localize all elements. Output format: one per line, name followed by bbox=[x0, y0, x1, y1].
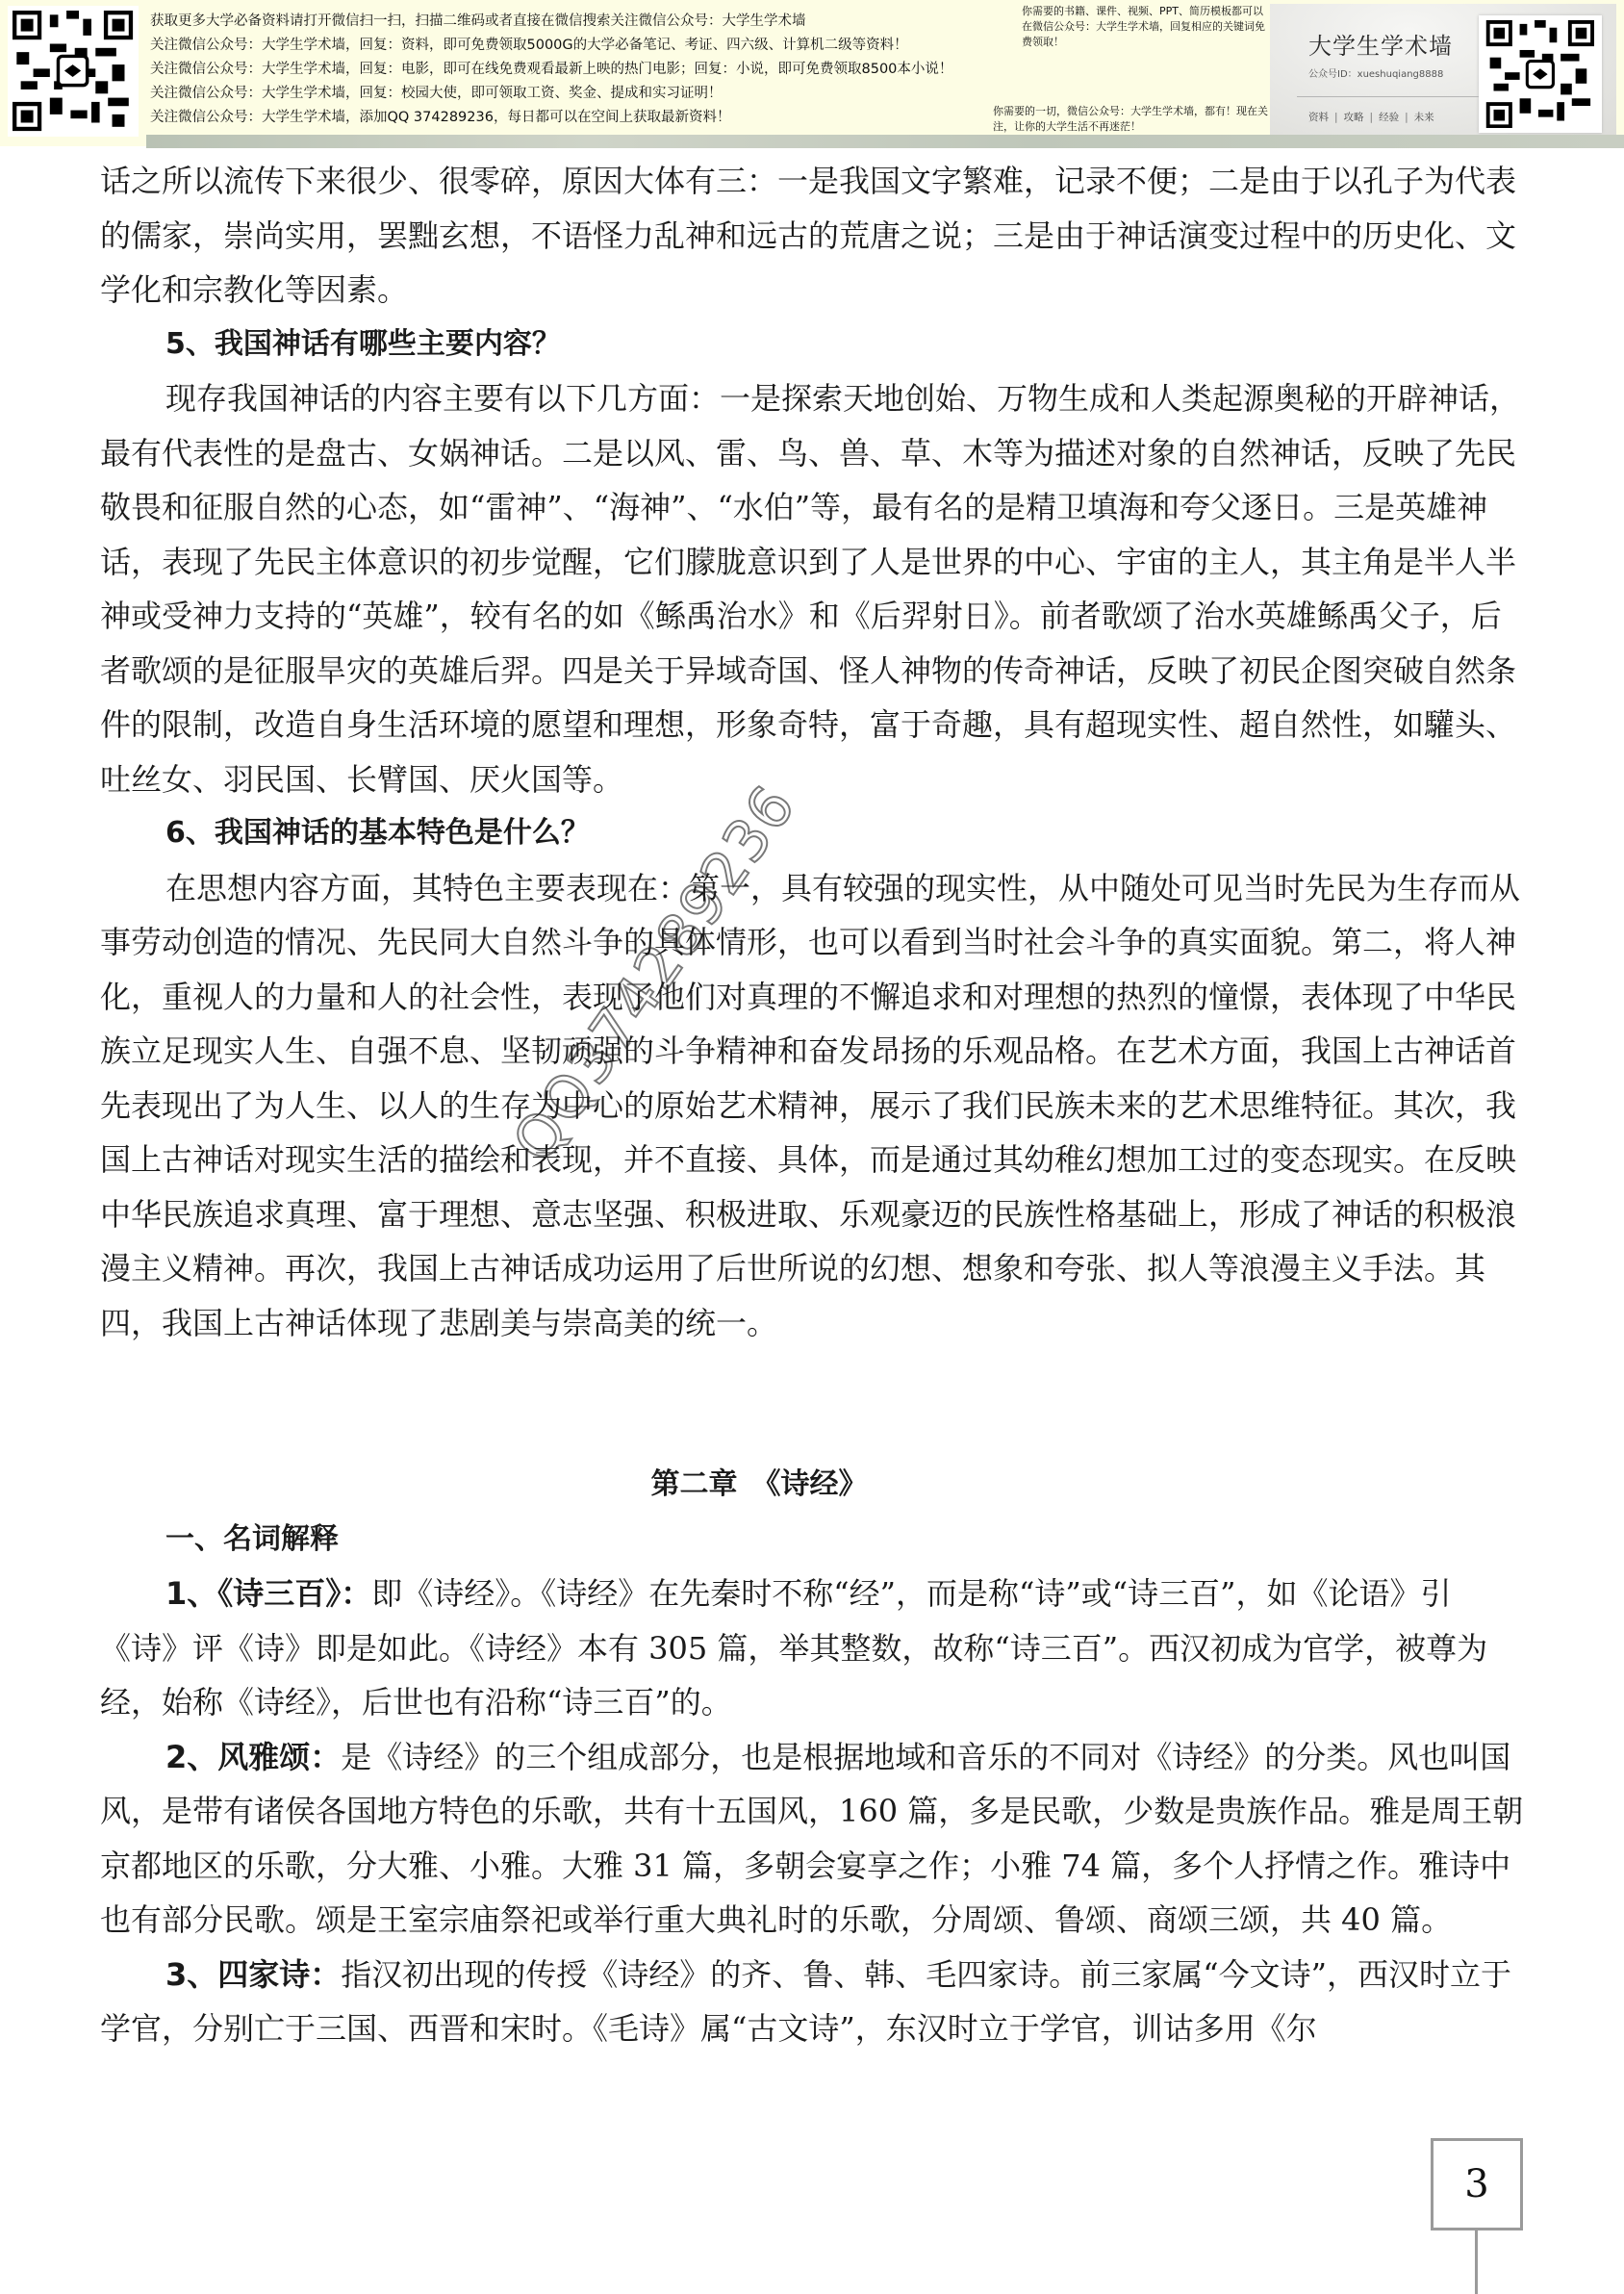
term-label: 3、四家诗： bbox=[165, 1956, 341, 1993]
promo-account-id: 公众号ID：xueshuqiang8888 bbox=[1308, 65, 1443, 80]
spacer bbox=[100, 1350, 1524, 1404]
ad-line: 关注微信公众号：大学生学术墙，回复：校园大使，即可领取工资、奖金、提成和实习证明… bbox=[150, 82, 997, 106]
page-number: 3 bbox=[1431, 2138, 1523, 2230]
promo-links: 资料|攻略|经验|未来 bbox=[1308, 110, 1434, 124]
ad-side-note-bottom: 你需要的一切，微信公众号：大学生学术墙，都有！现在关注，让你的大学生活不再迷茫！ bbox=[993, 104, 1272, 135]
separator: | bbox=[1334, 112, 1338, 123]
separator: | bbox=[1405, 112, 1408, 123]
term-label: 1、《诗三百》： bbox=[165, 1575, 371, 1612]
divider bbox=[1297, 96, 1480, 97]
term-entry: 1、《诗三百》：即《诗经》。《诗经》在先秦时不称“经”，而是称“诗”或“诗三百”… bbox=[100, 1567, 1524, 1730]
separator: | bbox=[1370, 112, 1374, 123]
paragraph: 话之所以流传下来很少、很零碎，原因大体有三：一是我国文字繁难，记录不便；二是由于… bbox=[100, 154, 1524, 318]
qr-code-icon bbox=[1484, 20, 1597, 128]
promo-link-ziliao[interactable]: 资料 bbox=[1308, 112, 1329, 123]
ad-banner: 获取更多大学必备资料请打开微信扫一扫，扫描二维码或者直接在微信搜索关注微信公众号… bbox=[0, 0, 1624, 146]
question-heading-5: 5、我国神话有哪些主要内容？ bbox=[100, 318, 1524, 372]
paragraph: 在思想内容方面，其特色主要表现在：第一，具有较强的现实性，从中随处可见当时先民为… bbox=[100, 861, 1524, 1351]
ad-line: 关注微信公众号：大学生学术墙，回复：电影，即可在线免费观看最新上映的热门电影；回… bbox=[150, 58, 997, 82]
qr-code-icon bbox=[13, 11, 133, 131]
chapter-title: 第二章 《诗经》 bbox=[100, 1458, 1524, 1513]
page-number-stem bbox=[1475, 2230, 1478, 2294]
qr-code-icon[interactable] bbox=[8, 6, 139, 137]
paragraph: 现存我国神话的内容主要有以下几方面：一是探索天地创始、万物生成和人类起源奥秘的开… bbox=[100, 371, 1524, 806]
ad-text-block: 获取更多大学必备资料请打开微信扫一扫，扫描二维码或者直接在微信搜索关注微信公众号… bbox=[150, 10, 997, 130]
ad-line: 关注微信公众号：大学生学术墙，添加QQ 374289236，每日都可以在空间上获… bbox=[150, 106, 997, 130]
promo-link-weilai[interactable]: 未来 bbox=[1414, 112, 1434, 123]
promo-link-jingyan[interactable]: 经验 bbox=[1379, 112, 1399, 123]
term-entry: 3、四家诗：指汉初出现的传授《诗经》的齐、鲁、韩、毛四家诗。前三家属“今文诗”，… bbox=[100, 1948, 1524, 2056]
promo-title: 大学生学术墙 bbox=[1308, 27, 1453, 61]
ad-line: 关注微信公众号：大学生学术墙，回复：资料，即可免费领取5000G的大学必备笔记、… bbox=[150, 34, 997, 58]
term-label: 2、风雅颂： bbox=[165, 1739, 341, 1775]
ad-side-note-top: 你需要的书籍、课件、视频、PPT、简历模板都可以在微信公众号：大学生学术墙，回复… bbox=[1022, 4, 1272, 50]
ad-line: 获取更多大学必备资料请打开微信扫一扫，扫描二维码或者直接在微信搜索关注微信公众号… bbox=[150, 10, 997, 34]
qr-code-icon[interactable] bbox=[1479, 15, 1602, 133]
question-heading-6: 6、我国神话的基本特色是什么？ bbox=[100, 806, 1524, 861]
document-body: 话之所以流传下来很少、很零碎，原因大体有三：一是我国文字繁难，记录不便；二是由于… bbox=[100, 154, 1524, 2056]
section-heading: 一、名词解释 bbox=[100, 1513, 1524, 1568]
decorative-strip bbox=[146, 135, 1624, 148]
term-entry: 2、风雅颂：是《诗经》的三个组成部分，也是根据地域和音乐的不同对《诗经》的分类。… bbox=[100, 1730, 1524, 1948]
promo-link-gonglue[interactable]: 攻略 bbox=[1344, 112, 1364, 123]
